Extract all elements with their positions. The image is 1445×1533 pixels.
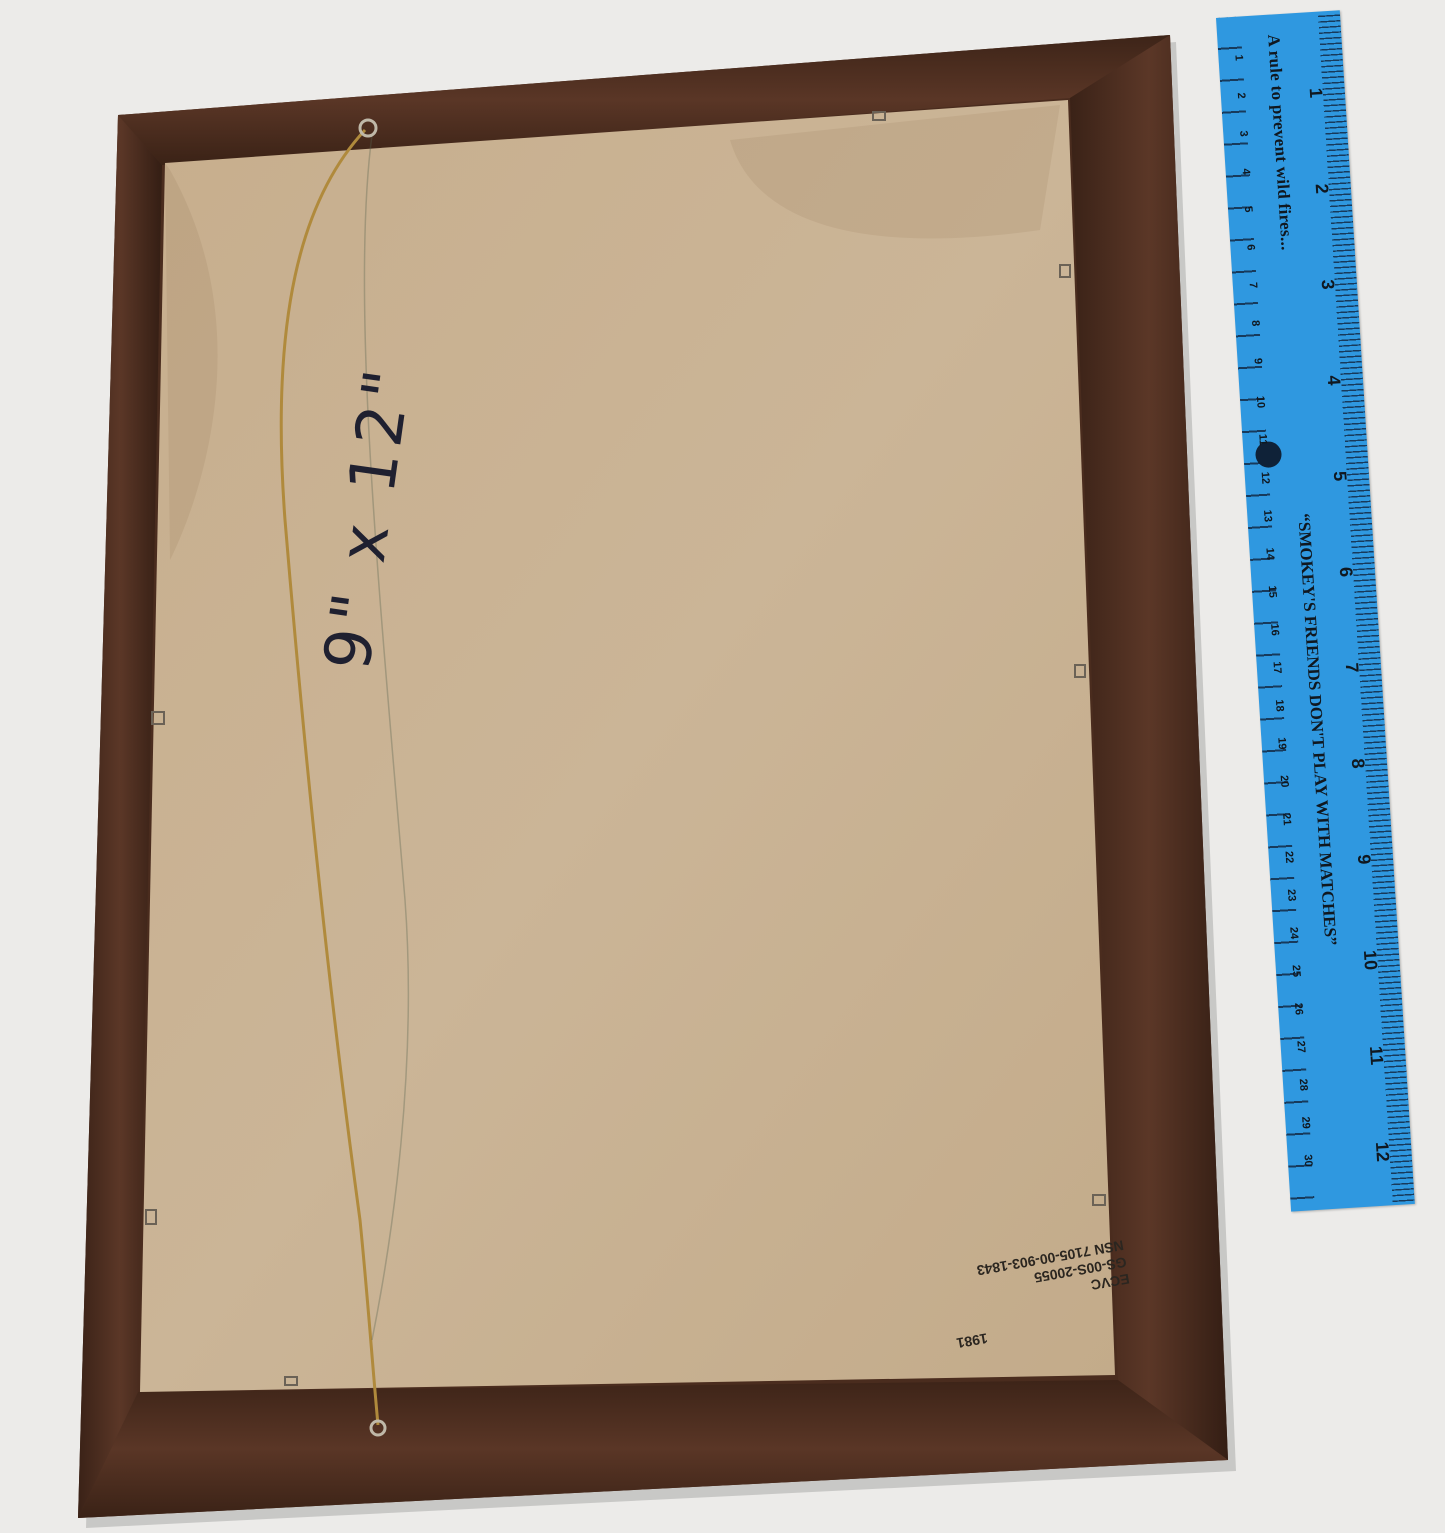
cm-label: 6 [1244,244,1256,251]
cm-label: 22 [1282,851,1295,864]
inch-label: 2 [1311,183,1333,194]
inch-label: 7 [1341,662,1363,673]
cm-label: 21 [1280,813,1293,826]
cm-label: 14 [1263,547,1276,560]
cm-label: 4 [1240,168,1252,175]
cm-label: 17 [1271,661,1284,674]
cm-label: 9 [1251,358,1263,365]
picture-frame [0,0,1445,1533]
cm-label: 10 [1254,396,1267,409]
inch-label: 9 [1353,854,1375,865]
inch-label: 10 [1359,950,1381,971]
cm-label: 1 [1232,54,1244,61]
cm-label: 8 [1249,320,1261,327]
cm-label: 28 [1297,1078,1310,1091]
backing-board [140,100,1115,1392]
cm-label: 29 [1299,1116,1312,1129]
cm-label: 13 [1261,509,1274,522]
inch-label: 5 [1329,470,1351,481]
cm-label: 24 [1287,927,1300,940]
cm-label: 16 [1268,623,1281,636]
cm-label: 19 [1275,737,1288,750]
cm-label: 5 [1242,206,1254,213]
cm-label: 23 [1285,889,1298,902]
cm-label: 20 [1278,775,1291,788]
cm-label: 3 [1237,130,1249,137]
cm-label: 2 [1235,92,1247,99]
inch-label: 11 [1365,1045,1387,1065]
cm-label: 25 [1290,964,1303,977]
cm-label: 7 [1247,282,1259,289]
inch-label: 6 [1335,566,1357,577]
cm-label: 18 [1273,699,1286,712]
cm-label: 27 [1294,1040,1307,1053]
cm-label: 30 [1302,1154,1315,1167]
inch-label: 3 [1317,279,1339,290]
cm-label: 15 [1266,585,1279,598]
cm-label: 26 [1292,1002,1305,1015]
cm-label: 11 [1256,434,1269,446]
cm-label: 12 [1259,471,1272,484]
photo-scene: 9" x 12" ECVC GS-00S-20055 NSN 7105-00-9… [0,0,1445,1533]
inch-label: 12 [1371,1141,1393,1162]
inch-label: 4 [1323,375,1345,386]
inch-label: 8 [1347,758,1369,769]
inch-label: 1 [1305,87,1327,98]
